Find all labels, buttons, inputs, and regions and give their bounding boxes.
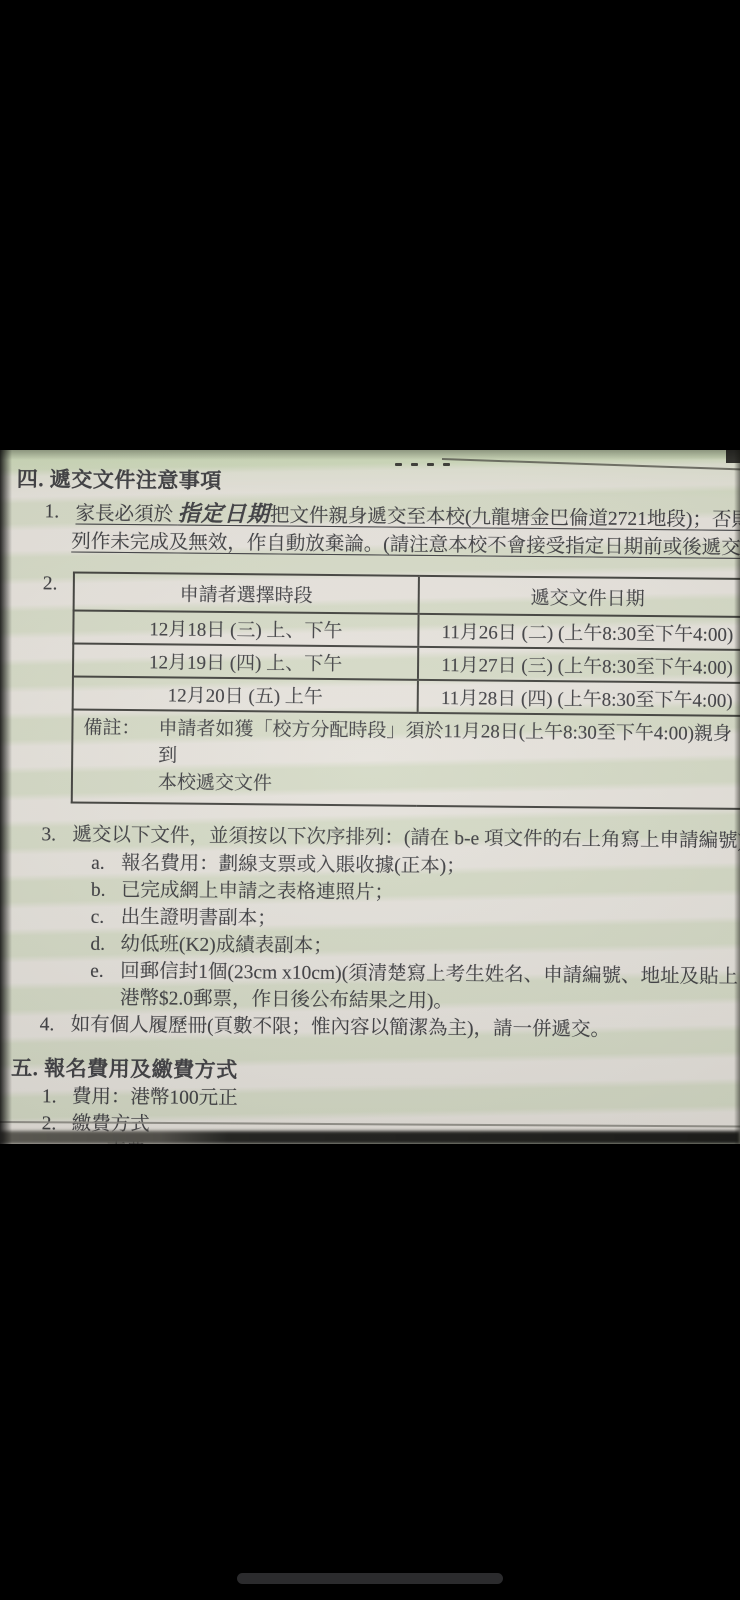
- table-cell: 12月19日 (四) 上、下午: [73, 644, 418, 680]
- table-note-row: 備註： 申請者如獲「校方分配時段」須於11月28日(上午8:30至下午4:00)…: [72, 710, 740, 810]
- document-photo: 四. 遞交文件注意事項 1. 家長必須於 指定日期把文件親身遞交至本校(九龍塘金…: [0, 450, 740, 1144]
- phone-screen: 四. 遞交文件注意事項 1. 家長必須於 指定日期把文件親身遞交至本校(九龍塘金…: [0, 0, 740, 1600]
- item-1: 1. 家長必須於 指定日期把文件親身遞交至本校(九龍塘金巴倫道2721地段)；否…: [0, 498, 740, 563]
- note-line1: 申請者如獲「校方分配時段」須於11月28日(上午8:30至下午4:00)親身到: [158, 715, 740, 775]
- fee-item-number: 1.: [42, 1083, 72, 1110]
- table-header-row: 申請者選擇時段 遞交文件日期: [74, 573, 740, 618]
- table-cell: 11月26日 (二) (上午8:30至下午4:00): [418, 614, 740, 650]
- subitem-a-label: a.: [91, 850, 121, 877]
- table-header-submission-date: 遞交文件日期: [419, 576, 740, 617]
- table-cell: 12月20日 (五) 上午: [73, 677, 418, 713]
- section4-heading: 四. 遞交文件注意事項: [0, 464, 740, 501]
- subitem-e: e. 回郵信封1個(23cm x10cm)(須清楚寫上考生姓名、申請編號、地址及…: [0, 957, 740, 1018]
- item-1-line2: 列作未完成及無效，作自動放棄論。(請注意本校不會接受指定日期前或後遞交之文件): [71, 528, 740, 563]
- item-2: 2. 申請者選擇時段 遞交文件日期 12月18日 (三) 上、下午 11月26日…: [0, 571, 740, 810]
- subitem-e-text: 回郵信封1個(23cm x10cm)(須清楚寫上考生姓名、申請編號、地址及貼上港…: [120, 958, 740, 1018]
- item-4: 4. 如有個人履歷冊(頁數不限；惟內容以簡潔為主)，請一併遞交。: [0, 1011, 740, 1046]
- item-1-emphasized-date: 指定日期: [178, 501, 270, 527]
- photo-left-shadow: [0, 450, 12, 1144]
- item-4-number: 4.: [39, 1011, 70, 1039]
- subitem-b-label: b.: [91, 877, 121, 904]
- item-1-number: 1.: [44, 498, 75, 526]
- photo-right-shadow: [734, 450, 740, 1144]
- item-1-line1-post: 把文件親身遞交至本校(九龍塘金巴倫道2721地段)；否則，該申請會: [270, 505, 740, 532]
- table-cell: 11月27日 (三) (上午8:30至下午4:00): [418, 647, 740, 683]
- table-cell: 11月28日 (四) (上午8:30至下午4:00): [418, 680, 740, 716]
- home-indicator[interactable]: [237, 1573, 503, 1584]
- note-label: 備註：: [83, 715, 146, 797]
- document-page: 四. 遞交文件注意事項 1. 家長必須於 指定日期把文件親身遞交至本校(九龍塘金…: [0, 464, 740, 1144]
- item-2-number: 2.: [41, 571, 73, 803]
- fee-item-text: 費用：港幣100元正: [72, 1084, 238, 1113]
- table-cell: 12月18日 (三) 上、下午: [73, 611, 418, 647]
- screen-bottom-bezel: [0, 1131, 740, 1144]
- item-4-text: 如有個人履歷冊(頁數不限；惟內容以簡潔為主)，請一併遞交。: [70, 1012, 740, 1047]
- table-header-timeslot: 申請者選擇時段: [74, 573, 419, 614]
- subitem-c-label: c.: [91, 904, 121, 931]
- schedule-table: 申請者選擇時段 遞交文件日期 12月18日 (三) 上、下午 11月26日 (二…: [71, 572, 740, 811]
- subitem-d-label: d.: [90, 931, 120, 958]
- note-line2: 本校遞交文件: [158, 769, 740, 802]
- item-3-number: 3.: [41, 821, 72, 849]
- item-1-line1-pre: 家長必須於: [75, 504, 178, 526]
- subitem-e-label: e.: [90, 958, 121, 1012]
